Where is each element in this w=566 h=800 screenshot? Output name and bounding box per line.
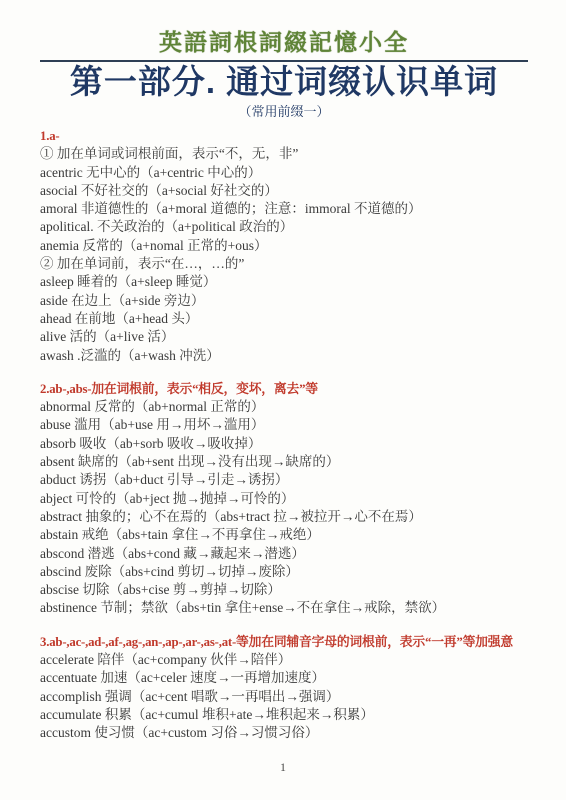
document-title: 英語詞根詞綴記憶小全: [40, 30, 528, 54]
document-page: 英語詞根詞綴記憶小全 第一部分. 通过词缀认识单词 （常用前缀一） 1.a-① …: [0, 0, 566, 800]
entry-line: abstain 戒绝（abs+tain 拿住→不再拿住→戒绝）: [40, 526, 528, 544]
entry-line: abscind 废除（abs+cind 剪切→切掉→废除）: [40, 563, 528, 581]
prefix-section: 2.ab-,abs-加在词根前，表示“相反，变坏，离去”等abnormal 反常…: [40, 380, 528, 618]
section-heading: 1.a-: [40, 127, 528, 145]
part-title: 第一部分. 通过词缀认识单词: [40, 63, 528, 101]
section-heading: 3.ab-,ac-,ad-,af-,ag-,an-,ap-,ar-,as-,at…: [40, 633, 528, 651]
entry-line: asleep 睡着的（a+sleep 睡觉）: [40, 273, 528, 291]
entry-line: accentuate 加速（ac+celer 速度→一再增加速度）: [40, 669, 528, 687]
entry-line: ahead 在前地（a+head 头）: [40, 310, 528, 328]
entry-line: aside 在边上（a+side 旁边）: [40, 292, 528, 310]
entry-line: accumulate 积累（ac+cumul 堆积+ate→堆积起来→积累）: [40, 706, 528, 724]
entry-line: abuse 滥用（ab+use 用→用坏→滥用）: [40, 416, 528, 434]
entry-line: abstract 抽象的；心不在焉的（abs+tract 拉→被拉开→心不在焉）: [40, 508, 528, 526]
entry-line: abscise 切除（abs+cise 剪→剪掉→切除）: [40, 581, 528, 599]
prefix-section: 1.a-① 加在单词或词根前面，表示“不，无，非”acentric 无中心的（a…: [40, 127, 528, 365]
entry-line: awash .泛滥的（a+wash 冲洗）: [40, 347, 528, 365]
title-divider: [40, 60, 528, 62]
entry-line: acentric 无中心的（a+centric 中心的）: [40, 164, 528, 182]
sections-container: 1.a-① 加在单词或词根前面，表示“不，无，非”acentric 无中心的（a…: [40, 127, 528, 743]
section-heading: 2.ab-,abs-加在词根前，表示“相反，变坏，离去”等: [40, 380, 528, 398]
entry-line: absent 缺席的（ab+sent 出现→没有出现→缺席的）: [40, 453, 528, 471]
entry-line: accelerate 陪伴（ac+company 伙伴→陪伴）: [40, 651, 528, 669]
entry-line: alive 活的（a+live 活）: [40, 328, 528, 346]
part-subtitle: （常用前缀一）: [40, 104, 528, 120]
entry-line: ② 加在单词前，表示“在…，…的”: [40, 255, 528, 273]
prefix-section: 3.ab-,ac-,ad-,af-,ag-,an-,ap-,ar-,as-,at…: [40, 633, 528, 743]
entry-line: abduct 诱拐（ab+duct 引导→引走→诱拐）: [40, 471, 528, 489]
entry-line: anemia 反常的（a+nomal 正常的+ous）: [40, 237, 528, 255]
page-number: 1: [0, 760, 566, 775]
entry-line: amoral 非道德性的（a+moral 道德的；注意：immoral 不道德的…: [40, 200, 528, 218]
entry-line: abstinence 节制；禁欲（abs+tin 拿住+ense→不在拿住→戒除…: [40, 599, 528, 617]
entry-line: accustom 使习惯（ac+custom 习俗→习惯习俗）: [40, 724, 528, 742]
entry-line: accomplish 强调（ac+cent 唱歌→一再唱出→强调）: [40, 688, 528, 706]
entry-line: absorb 吸收（ab+sorb 吸收→吸收掉）: [40, 435, 528, 453]
entry-line: abnormal 反常的（ab+normal 正常的）: [40, 398, 528, 416]
entry-line: asocial 不好社交的（a+social 好社交的）: [40, 182, 528, 200]
entry-line: abscond 潜逃（abs+cond 藏→藏起来→潜逃）: [40, 545, 528, 563]
entry-line: ① 加在单词或词根前面，表示“不，无，非”: [40, 145, 528, 163]
entry-line: apolitical. 不关政治的（a+political 政治的）: [40, 218, 528, 236]
entry-line: abject 可怜的（ab+ject 抛→抛掉→可怜的）: [40, 490, 528, 508]
